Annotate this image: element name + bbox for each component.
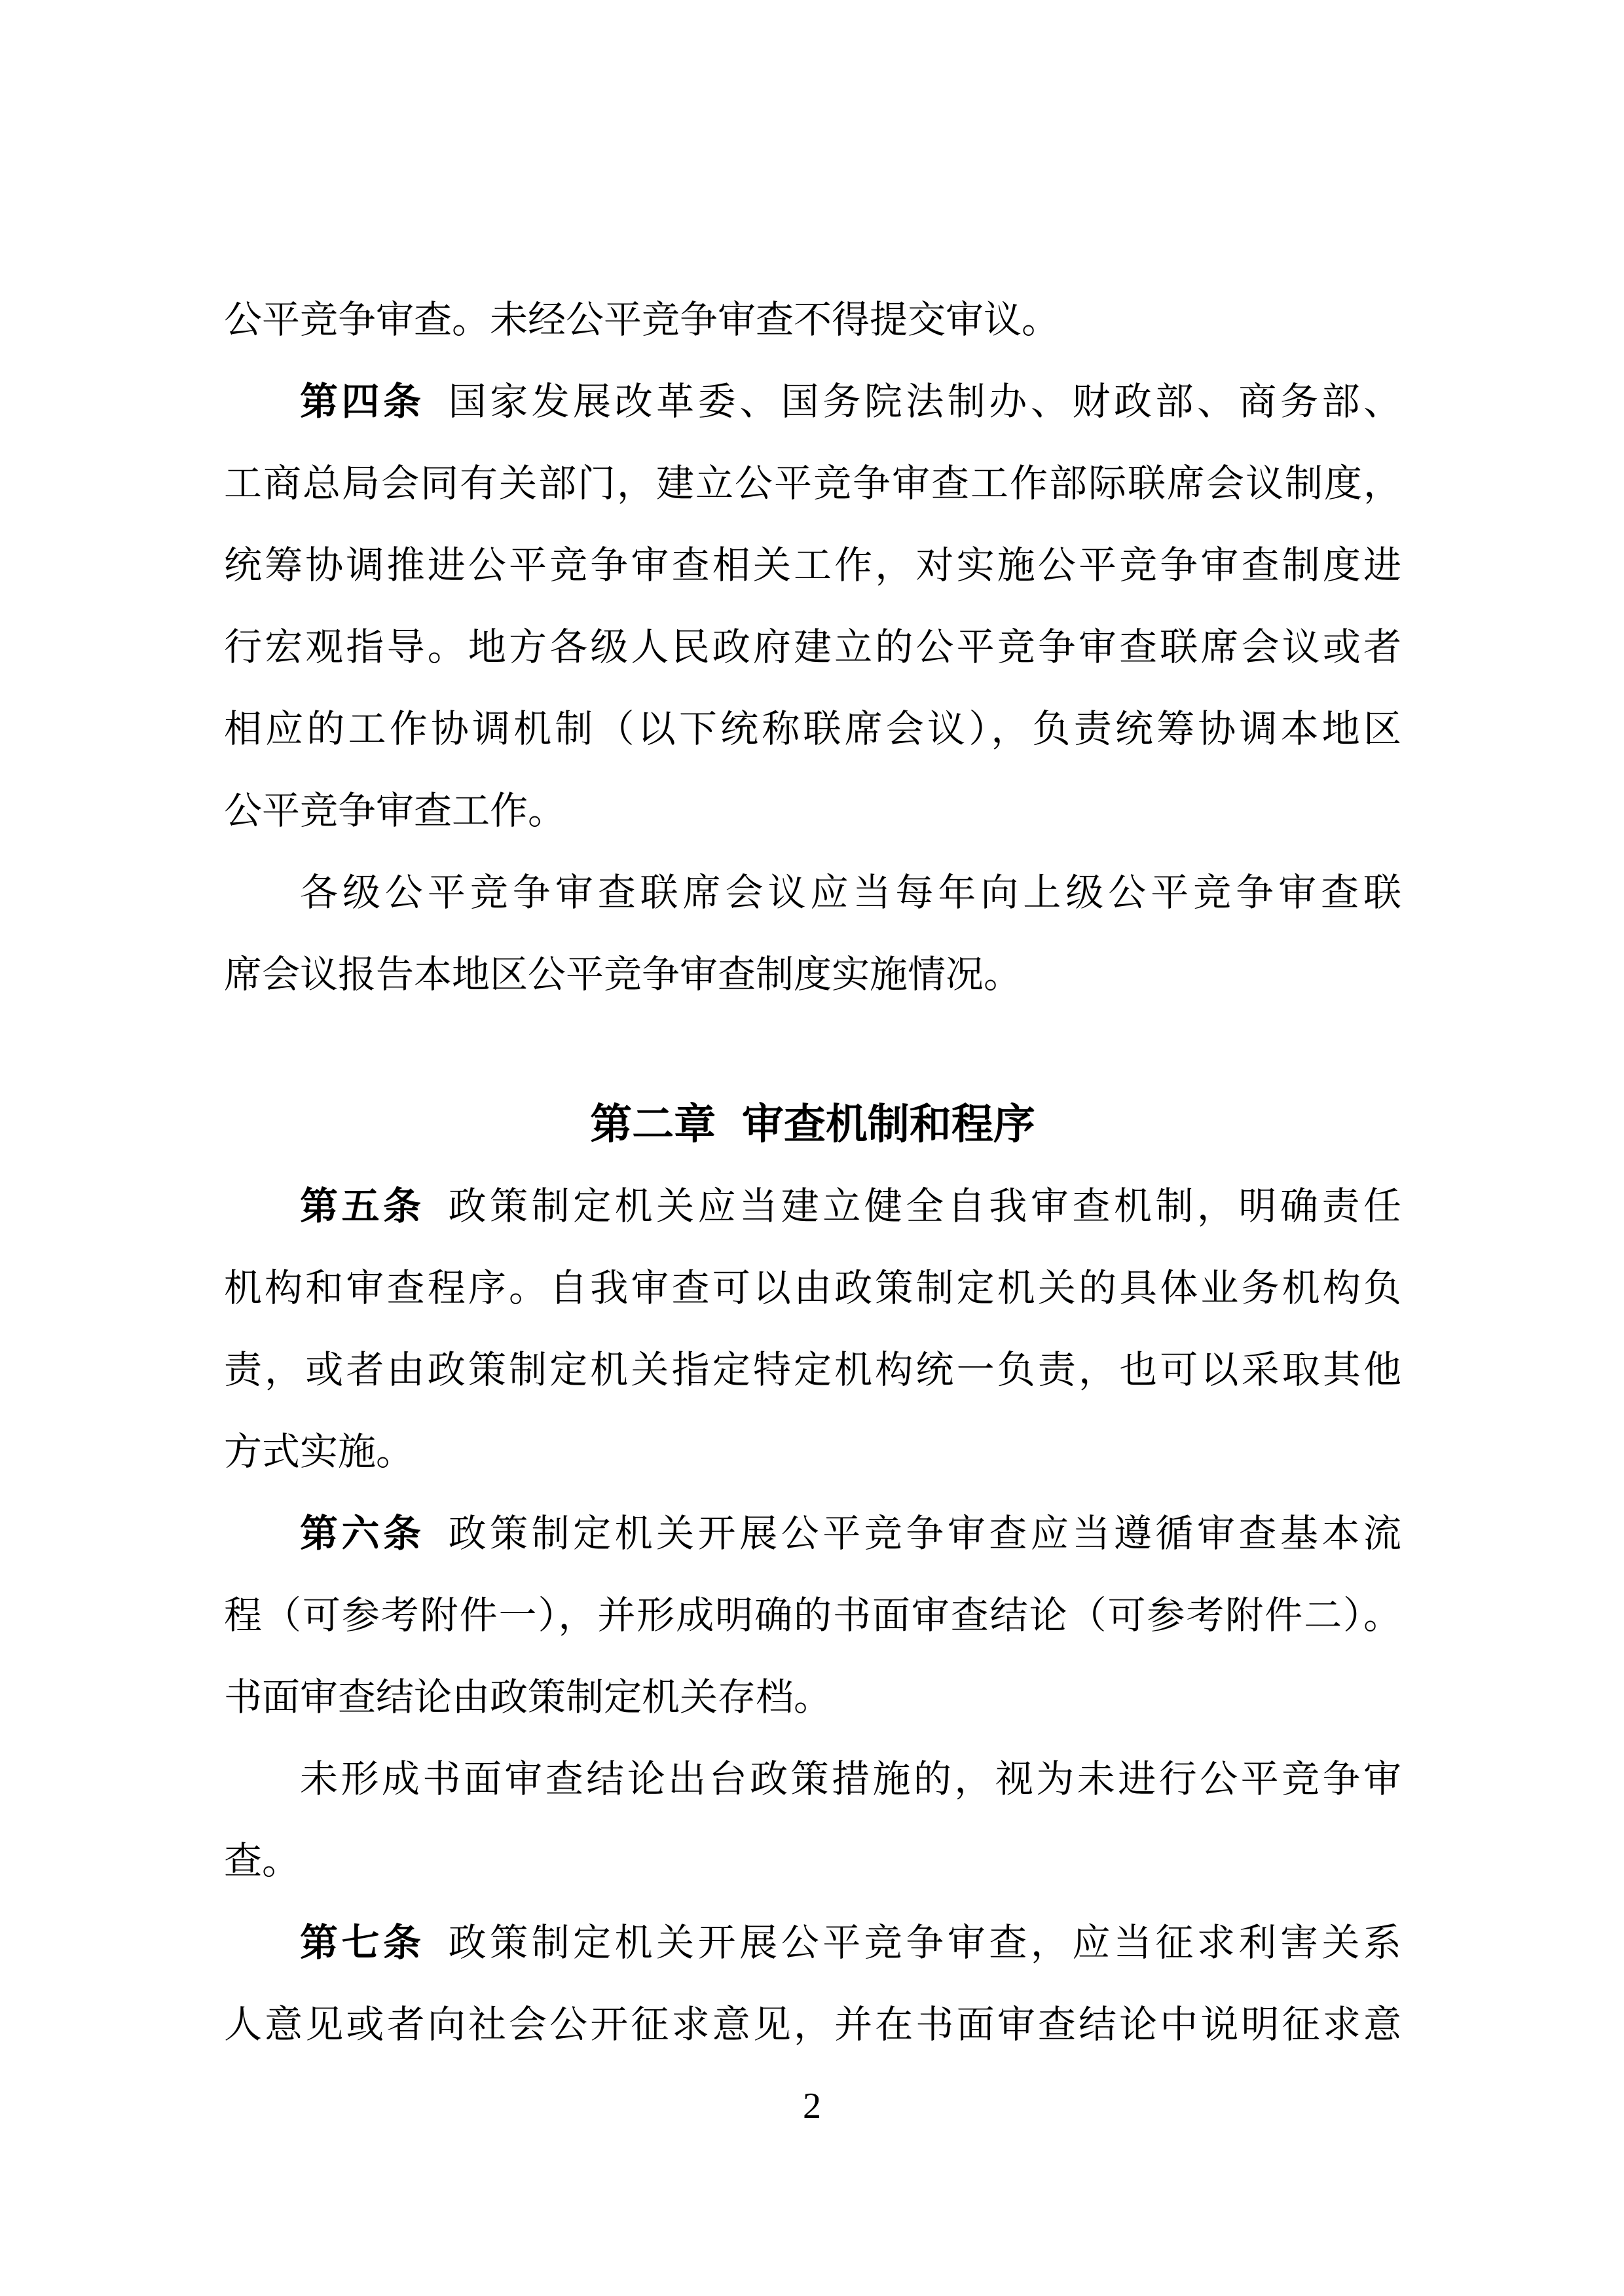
text-line: 统筹协调推进公平竞争审查相关工作，对实施公平竞争审查制度进: [224, 524, 1401, 606]
text-line: 公平竞争审查。未经公平竞争审查不得提交审议。: [224, 279, 1401, 361]
paragraph: 第五条政策制定机关应当建立健全自我审查机制，明确责任机构和审查程序。自我审查可以…: [224, 1165, 1401, 1493]
text-line: 机构和审查程序。自我审查可以由政策制定机关的具体业务机构负: [224, 1247, 1401, 1329]
document-page: 公平竞争审查。未经公平竞争审查不得提交审议。第四条国家发展改革委、国务院法制办、…: [0, 0, 1624, 2296]
article-number: 第四条: [300, 380, 425, 423]
paragraph: 第七条政策制定机关开展公平竞争审查，应当征求利害关系人意见或者向社会公开征求意见…: [224, 1902, 1401, 2066]
document-body: 公平竞争审查。未经公平竞争审查不得提交审议。第四条国家发展改革委、国务院法制办、…: [224, 279, 1401, 2066]
text-line: 公平竞争审查工作。: [224, 770, 1401, 852]
text-line: 查。: [224, 1820, 1401, 1902]
text-line: 程（可参考附件一），并形成明确的书面审查结论（可参考附件二）。: [224, 1575, 1401, 1656]
chapter-heading: 第二章 审查机制和程序: [224, 1084, 1401, 1165]
paragraph: 未形成书面审查结论出台政策措施的，视为未进行公平竞争审查。: [224, 1738, 1401, 1902]
paragraph: 各级公平竞争审查联席会议应当每年向上级公平竞争审查联席会议报告本地区公平竞争审查…: [224, 852, 1401, 1015]
article-number: 第七条: [300, 1922, 425, 1964]
page-number: 2: [0, 2086, 1624, 2126]
text-line: 行宏观指导。地方各级人民政府建立的公平竞争审查联席会议或者: [224, 606, 1401, 688]
text-line: 书面审查结论由政策制定机关存档。: [224, 1656, 1401, 1738]
paragraph: 第四条国家发展改革委、国务院法制办、财政部、商务部、工商总局会同有关部门，建立公…: [224, 361, 1401, 852]
paragraph: 第六条政策制定机关开展公平竞争审查应当遵循审查基本流程（可参考附件一），并形成明…: [224, 1493, 1401, 1738]
text-line: 第四条国家发展改革委、国务院法制办、财政部、商务部、: [224, 361, 1401, 443]
text-line: 方式实施。: [224, 1411, 1401, 1493]
text-line: 第五条政策制定机关应当建立健全自我审查机制，明确责任: [224, 1165, 1401, 1247]
text-line: 人意见或者向社会公开征求意见，并在书面审查结论中说明征求意: [224, 1984, 1401, 2066]
text-line: 责，或者由政策制定机关指定特定机构统一负责，也可以采取其他: [224, 1329, 1401, 1411]
text-line: 第七条政策制定机关开展公平竞争审查，应当征求利害关系: [224, 1902, 1401, 1984]
article-number: 第五条: [300, 1185, 425, 1228]
paragraph: 公平竞争审查。未经公平竞争审查不得提交审议。: [224, 279, 1401, 361]
text-line: 未形成书面审查结论出台政策措施的，视为未进行公平竞争审: [224, 1738, 1401, 1820]
text-line: 席会议报告本地区公平竞争审查制度实施情况。: [224, 934, 1401, 1015]
text-line: 工商总局会同有关部门，建立公平竞争审查工作部际联席会议制度，: [224, 443, 1401, 524]
article-number: 第六条: [300, 1512, 425, 1555]
text-line: 相应的工作协调机制（以下统称联席会议），负责统筹协调本地区: [224, 688, 1401, 770]
text-line: 各级公平竞争审查联席会议应当每年向上级公平竞争审查联: [224, 852, 1401, 934]
text-line: 第六条政策制定机关开展公平竞争审查应当遵循审查基本流: [224, 1493, 1401, 1575]
